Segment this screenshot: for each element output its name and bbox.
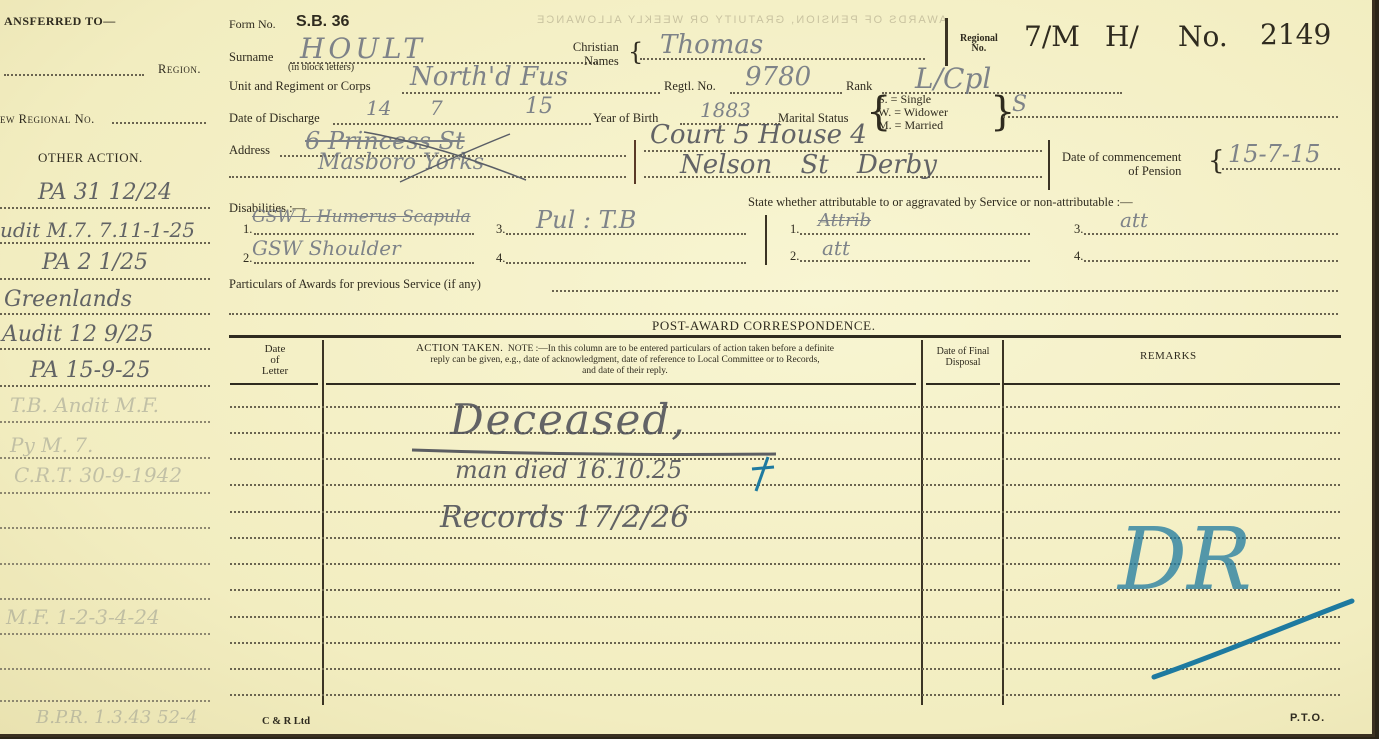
header-underline: [326, 383, 916, 385]
entry-records: Records 17/2/26: [440, 500, 689, 535]
christian-label-2: Names: [570, 54, 619, 68]
other-action-entry: PA 2 1/25: [42, 250, 148, 275]
table-row: [230, 694, 1340, 696]
other-action-line: [0, 633, 210, 635]
previous-awards-label: Particulars of Awards for previous Servi…: [229, 277, 481, 292]
faint-entry: C.R.T. 30-9-1942: [14, 463, 182, 487]
region-label: Region.: [158, 62, 201, 77]
other-action-line: [0, 207, 210, 209]
address-label: Address: [229, 143, 270, 158]
blue-tick-icon: [750, 455, 776, 495]
regtl-no-label: Regtl. No.: [664, 79, 716, 94]
printer-mark: C & R Ltd: [262, 716, 310, 727]
other-action-entry: Audit 12 9/25: [2, 322, 153, 347]
attrib-num-2: 2.: [790, 249, 799, 264]
previous-awards-line-2: [229, 313, 1338, 315]
commencement-label-1: Date of commencement: [1062, 150, 1181, 164]
attrib-1-value: Attrib: [818, 210, 871, 231]
disability-num-3: 3.: [496, 222, 505, 237]
address-new-line-1-value: Court 5 House 4: [650, 120, 867, 150]
disability-line-1: [254, 233, 474, 235]
rank-value: L/Cpl: [915, 62, 991, 95]
col-date-of-letter: Date of Letter: [240, 344, 310, 377]
regional-no-sub-label: No.: [960, 44, 998, 54]
faint-entry: B.P.R. 1.3.43 52-4: [36, 707, 198, 728]
regtl-no-value: 9780: [745, 62, 811, 92]
other-action-label: OTHER ACTION.: [38, 150, 143, 166]
discharge-day: 14: [366, 96, 391, 120]
other-action-entry: PA 31 12/24: [38, 180, 172, 205]
christian-brace: {: [628, 38, 643, 66]
action-taken-title: ACTION TAKEN.: [416, 342, 503, 354]
attributable-divider: [765, 215, 767, 265]
commencement-label: Date of commencement of Pension: [1062, 150, 1181, 178]
year-of-birth-label: Year of Birth: [593, 111, 658, 126]
pension-record-card: ANSFERRED TO— Region. ew Regional No. OT…: [0, 0, 1375, 737]
attributable-label: State whether attributable to or aggrava…: [748, 195, 1133, 210]
surname-value: HOULT: [300, 32, 426, 65]
other-action-line: [0, 700, 210, 702]
new-regional-no-dotted-line: [112, 122, 206, 124]
marital-option-married: M. = Married: [878, 119, 948, 132]
attrib-num-1: 1.: [790, 222, 799, 237]
other-action-line: [0, 278, 210, 280]
disability-line-4: [506, 262, 746, 264]
marital-status-line: [1003, 116, 1338, 118]
attrib-num-4: 4.: [1074, 249, 1083, 264]
other-action-line: [0, 457, 210, 459]
commencement-brace: {: [1208, 146, 1225, 176]
marital-options: S. = Single W. = Widower M. = Married: [878, 93, 948, 132]
other-action-line: [0, 598, 210, 600]
action-note-3: and date of their reply.: [330, 366, 920, 377]
discharge-line: [333, 123, 591, 125]
regtl-no-line: [730, 92, 842, 94]
christian-names-label: Christian Names: [570, 40, 619, 68]
regional-no-label: Regional No.: [960, 34, 998, 54]
faint-title: AWARDS OF PENSION, GRATUITY OR WEEKLY AL…: [535, 14, 947, 26]
surname-label: Surname: [229, 50, 273, 65]
faint-entry: M.F. 1-2-3-4-24: [6, 605, 160, 629]
no-label: No.: [1178, 20, 1228, 53]
disability-num-2: 2.: [243, 251, 252, 266]
discharge-year: 15: [525, 94, 553, 119]
faint-entry: T.B. Andit M.F.: [10, 393, 159, 417]
other-action-line: [0, 242, 210, 244]
marital-status-value: S: [1012, 92, 1027, 117]
regional-h: H/: [1105, 20, 1139, 53]
address-new-line-2-value: Nelson St Derby: [680, 150, 937, 180]
disability-num-1: 1.: [243, 222, 252, 237]
attrib-num-3: 3.: [1074, 222, 1083, 237]
commencement-line: [1222, 168, 1340, 170]
other-action-line: [0, 563, 210, 565]
attrib-line-3: [1084, 233, 1338, 235]
attrib-line-2: [800, 260, 1030, 262]
pto-mark: P.T.O.: [1290, 712, 1325, 724]
disability-line-2: [254, 262, 474, 264]
other-action-line: [0, 385, 210, 387]
table-row: [230, 406, 1340, 408]
other-action-line: [0, 348, 210, 350]
table-row: [230, 458, 1340, 460]
header-underline: [926, 383, 1000, 385]
other-action-entry: udit M.7. 7.11-1-25: [0, 218, 195, 242]
col-action-taken: ACTION TAKEN. NOTE :—In this column are …: [330, 343, 920, 377]
other-action-line: [0, 421, 210, 423]
other-action-line: [0, 313, 210, 315]
regional-divider: [945, 18, 948, 66]
attrib-3-value: att: [1120, 208, 1148, 232]
form-no-label: Form No.: [229, 17, 276, 32]
action-note-1: NOTE :—In this column are to be entered …: [508, 344, 834, 354]
attrib-2-value: att: [822, 236, 850, 260]
final-disposal-line-2: Disposal: [925, 357, 1001, 368]
other-action-entry: Greenlands: [4, 287, 132, 312]
regional-code: 7/M: [1024, 20, 1080, 53]
disability-1-value: GSW L Humerus Scapula: [252, 207, 471, 227]
faint-entry: Py M. 7.: [10, 433, 93, 457]
entry-man-died: man died 16.10.25: [455, 456, 682, 484]
commencement-divider: [1048, 140, 1050, 190]
year-of-birth-value: 1883: [700, 98, 751, 122]
other-action-line: [0, 492, 210, 494]
other-action-entry: PA 15-9-25: [30, 358, 151, 383]
discharge-label: Date of Discharge: [229, 111, 320, 126]
christian-label-1: Christian: [570, 40, 619, 54]
entry-deceased: Deceased,: [450, 395, 687, 444]
christian-names-value: Thomas: [660, 30, 763, 60]
previous-awards-line: [552, 290, 1338, 292]
action-note-2: reply can be given, e.g., date of acknow…: [330, 355, 920, 366]
transferred-to-label: ANSFERRED TO—: [4, 14, 116, 29]
discharge-month: 7: [430, 96, 443, 120]
other-action-line: [0, 668, 210, 670]
address-divider: [634, 140, 636, 184]
commencement-label-2: of Pension: [1062, 164, 1181, 178]
attrib-line-4: [1084, 260, 1338, 262]
disability-3-value: Pul : T.B: [536, 206, 636, 234]
new-regional-no-label: ew Regional No.: [0, 112, 95, 127]
col-final-disposal: Date of Final Disposal: [925, 346, 1001, 368]
disability-num-4: 4.: [496, 251, 505, 266]
attrib-line-1: [800, 233, 1030, 235]
commencement-date: 15-7-15: [1228, 140, 1321, 168]
table-row: [230, 432, 1340, 434]
address-strike-icon: [360, 128, 530, 184]
col-date-line-3: Letter: [240, 366, 310, 377]
header-underline: [230, 383, 318, 385]
col-remarks: REMARKS: [1140, 350, 1197, 362]
table-row: [230, 484, 1340, 486]
disability-2-value: GSW Shoulder: [252, 236, 401, 260]
unit-value: North'd Fus: [410, 62, 568, 92]
form-no: S.B. 36: [296, 13, 349, 31]
correspondence-top-rule: [229, 335, 1341, 338]
other-action-line: [0, 527, 210, 529]
record-number: 2149: [1260, 18, 1331, 51]
final-disposal-line-1: Date of Final: [925, 346, 1001, 357]
blue-stroke-icon: [1148, 595, 1358, 685]
region-dotted-line: [4, 74, 144, 76]
header-underline: [1004, 383, 1340, 385]
correspondence-title: POST-AWARD CORRESPONDENCE.: [652, 318, 876, 334]
unit-label: Unit and Regiment or Corps: [229, 79, 371, 94]
